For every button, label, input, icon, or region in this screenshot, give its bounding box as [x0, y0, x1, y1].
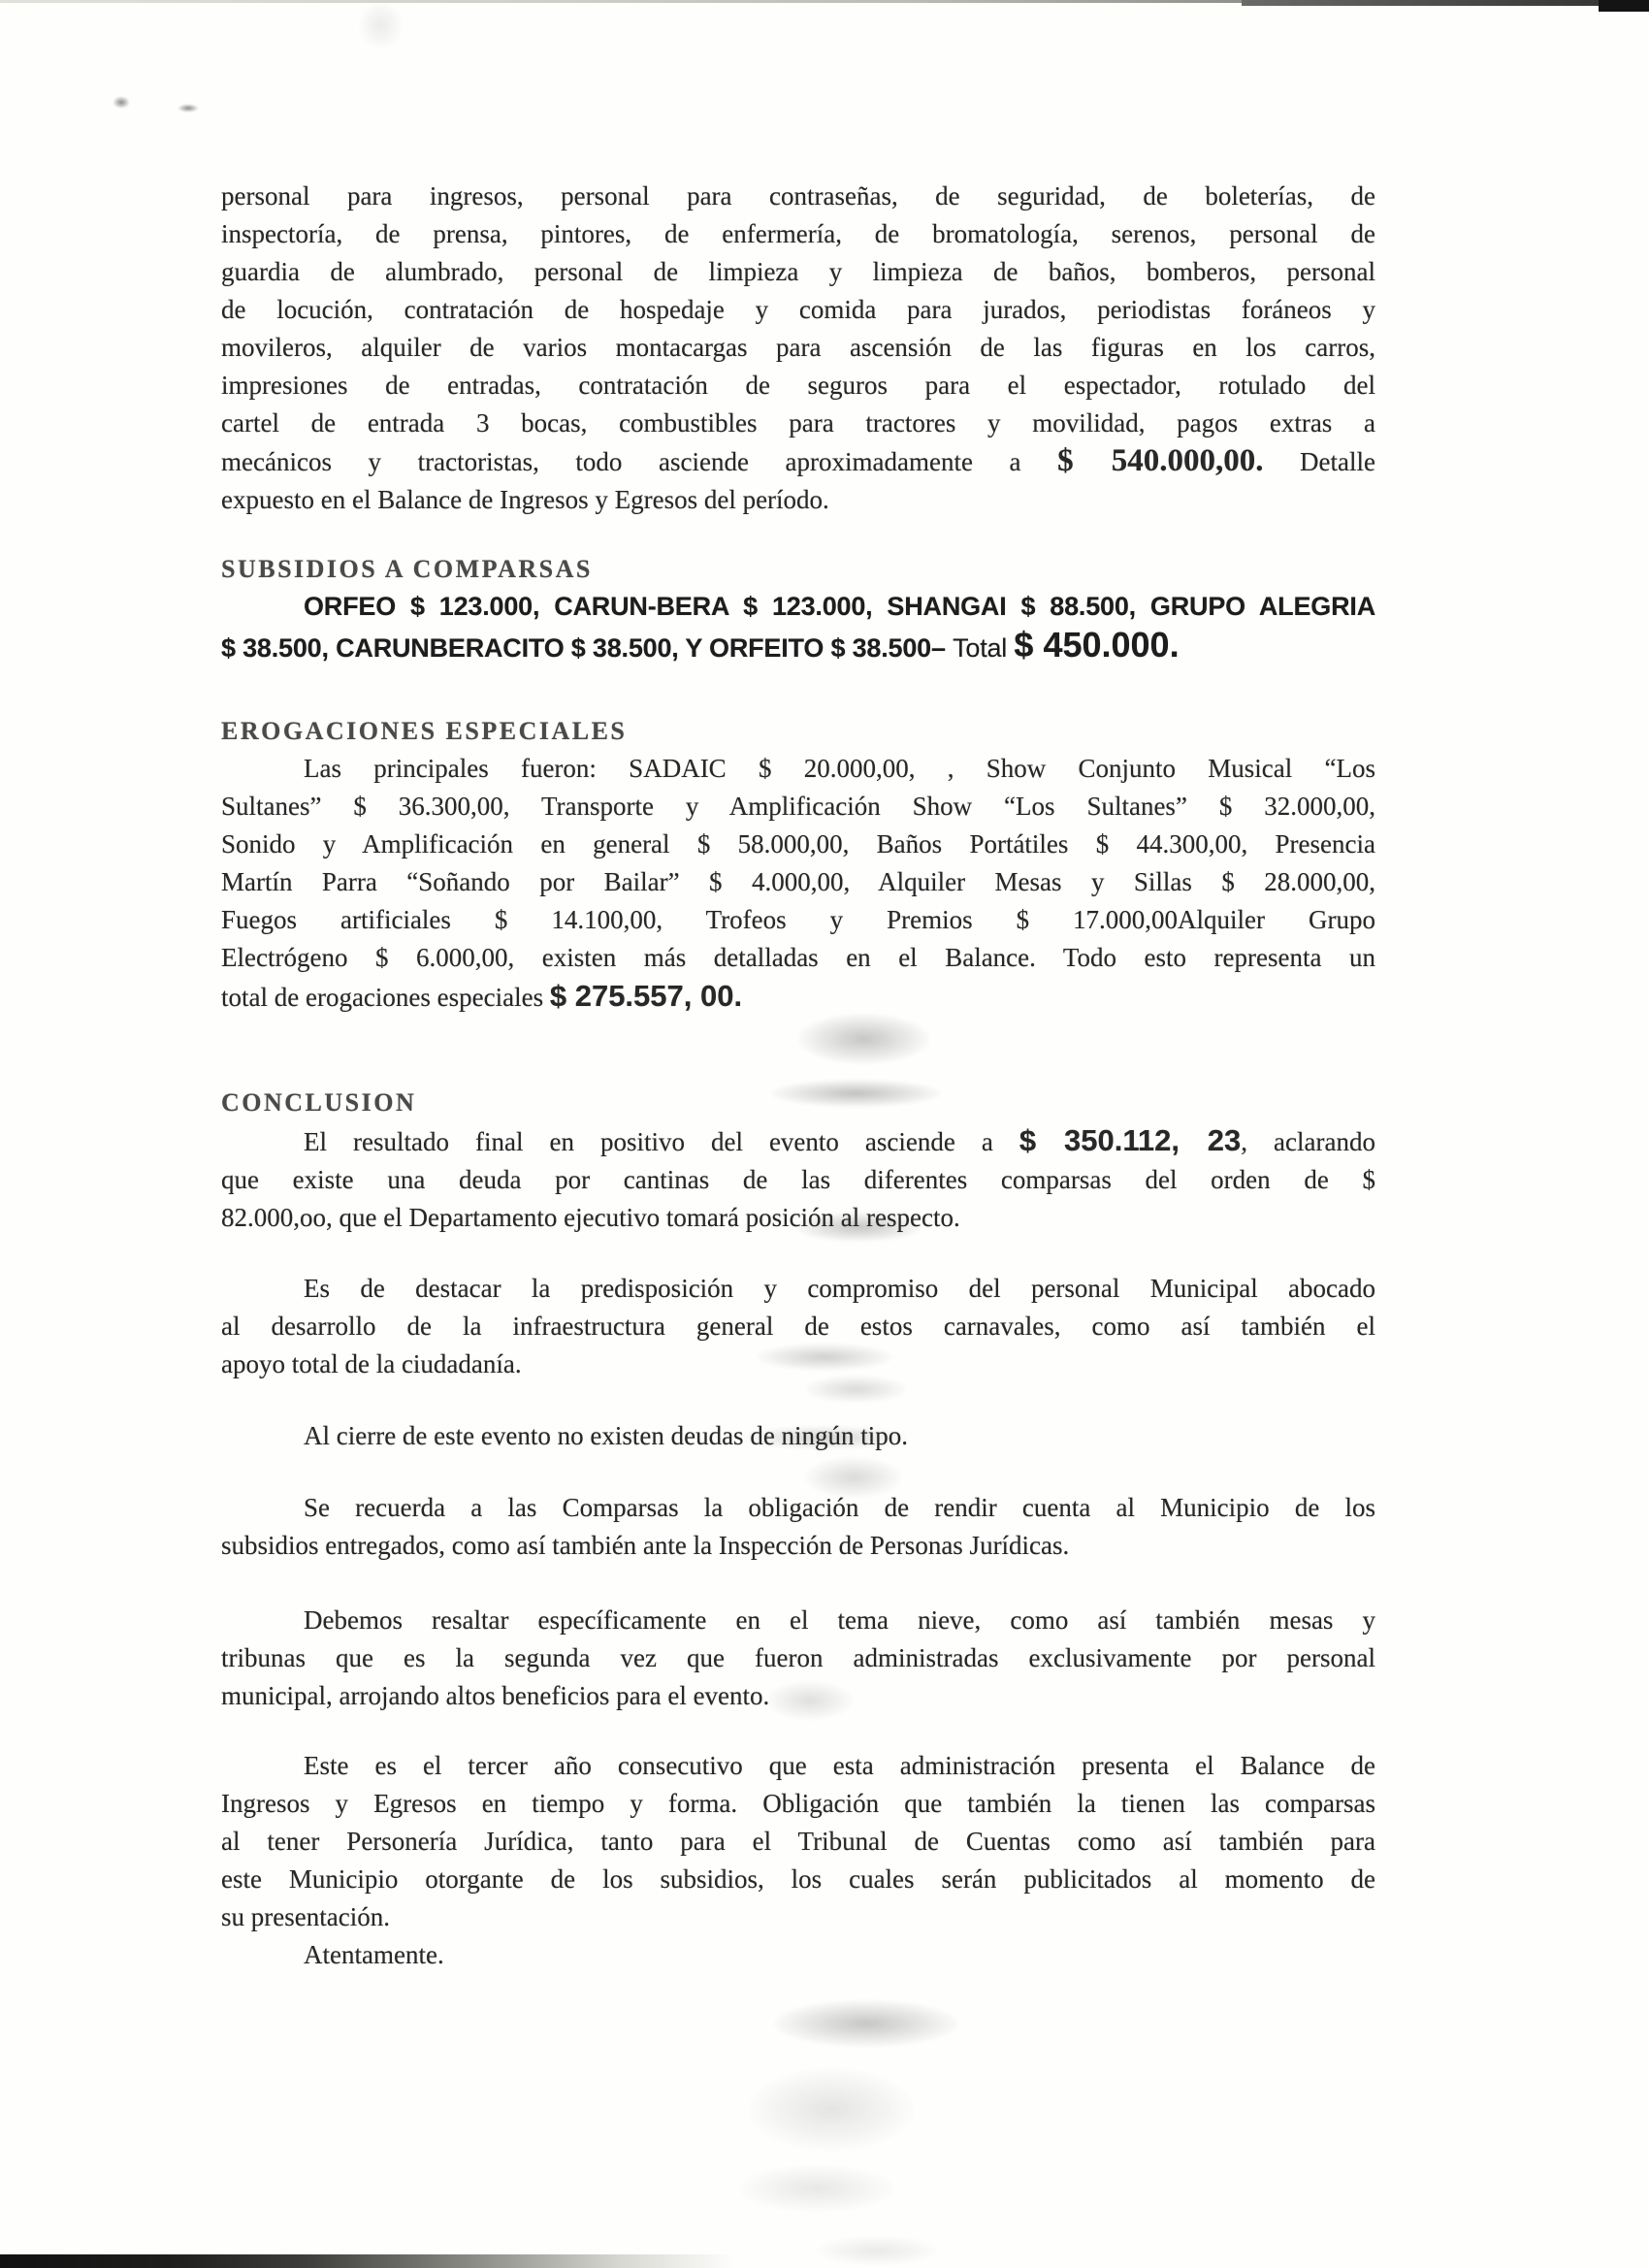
text-segment: Las principales fueron: SADAIC $ 20.000,…: [304, 754, 1375, 783]
text-line: Al cierre de este evento no existen deud…: [221, 1417, 1375, 1455]
text-segment: Ingresos y Egresos en tiempo y forma. Ob…: [221, 1789, 1375, 1818]
scan-smudge: [817, 2236, 938, 2265]
text-line: cartel de entrada 3 bocas, combustibles …: [221, 405, 1375, 442]
text-segment: expuesto en el Balance de Ingresos y Egr…: [221, 485, 829, 514]
scanned-document-page: personal para ingresos, personal para co…: [0, 0, 1649, 2268]
text-line: mecánicos y tractoristas, todo asciende …: [221, 442, 1375, 481]
text-segment: 82.000,oo, que el Departamento ejecutivo…: [221, 1203, 960, 1232]
scan-top-dark-bar: [1242, 0, 1605, 6]
conclusion-paragraph-5: Debemos resaltar específicamente en el t…: [221, 1602, 1375, 1715]
text-line: Este es el tercer año consecutivo que es…: [221, 1747, 1375, 1785]
text-line: Electrógeno $ 6.000,00, existen más deta…: [221, 939, 1375, 977]
text-segment: total de erogaciones especiales: [221, 983, 550, 1012]
text-segment: guardia de alumbrado, personal de limpie…: [221, 257, 1375, 286]
text-segment: personal para ingresos, personal para co…: [221, 181, 1375, 211]
text-line: subsidios entregados, como así también a…: [221, 1527, 1375, 1565]
conclusion-paragraph-3: Al cierre de este evento no existen deud…: [221, 1417, 1375, 1455]
text-segment: $ 350.112, 23: [1019, 1123, 1241, 1157]
text-line: El resultado final en positivo del event…: [221, 1121, 1375, 1161]
intro-paragraph: personal para ingresos, personal para co…: [221, 178, 1375, 519]
text-line: inspectoría, de prensa, pintores, de enf…: [221, 215, 1375, 253]
text-segment: cartel de entrada 3 bocas, combustibles …: [221, 408, 1375, 437]
text-segment: Se recuerda a las Comparsas la obligació…: [304, 1493, 1375, 1522]
scan-smudge: [739, 2165, 894, 2212]
text-line: apoyo total de la ciudadanía.: [221, 1345, 1375, 1383]
text-segment: $ 450.000.: [1014, 625, 1179, 664]
text-segment: de locución, contratación de hospedaje y…: [221, 295, 1375, 324]
text-line: al tener Personería Jurídica, tanto para…: [221, 1823, 1375, 1861]
text-line: 82.000,oo, que el Departamento ejecutivo…: [221, 1199, 1375, 1237]
text-segment: Martín Parra “Soñando por Bailar” $ 4.00…: [221, 867, 1375, 896]
text-line: Se recuerda a las Comparsas la obligació…: [221, 1489, 1375, 1527]
text-segment: $ 38.500, CARUNBERACITO $ 38.500, Y ORFE…: [221, 633, 953, 663]
conclusion-paragraph-6: Este es el tercer año consecutivo que es…: [221, 1747, 1375, 1936]
subsidios-paragraph: ORFEO $ 123.000, CARUN-BERA $ 123.000, S…: [221, 588, 1375, 667]
text-line: Es de destacar la predisposición y compr…: [221, 1270, 1375, 1308]
text-line: Sultanes” $ 36.300,00, Transporte y Ampl…: [221, 788, 1375, 826]
scan-smudge: [749, 2068, 914, 2151]
text-segment: El resultado final en positivo del event…: [304, 1127, 1019, 1156]
scan-top-right-corner-block: [1599, 0, 1649, 12]
text-segment: movileros, alquiler de varios montacarga…: [221, 333, 1375, 362]
text-segment: al tener Personería Jurídica, tanto para…: [221, 1827, 1375, 1856]
conclusion-heading: CONCLUSION: [221, 1084, 1375, 1121]
erogaciones-paragraph: Las principales fueron: SADAIC $ 20.000,…: [221, 750, 1375, 1017]
text-line: al desarrollo de la infraestructura gene…: [221, 1308, 1375, 1345]
text-segment: Sultanes” $ 36.300,00, Transporte y Ampl…: [221, 792, 1375, 821]
text-line: personal para ingresos, personal para co…: [221, 178, 1375, 215]
conclusion-paragraph-4: Se recuerda a las Comparsas la obligació…: [221, 1489, 1375, 1565]
text-segment: inspectoría, de prensa, pintores, de enf…: [221, 219, 1375, 248]
text-segment: Debemos resaltar específicamente en el t…: [304, 1605, 1375, 1635]
text-line: Fuegos artificiales $ 14.100,00, Trofeos…: [221, 901, 1375, 939]
text-line: ORFEO $ 123.000, CARUN-BERA $ 123.000, S…: [221, 588, 1375, 626]
text-segment: municipal, arrojando altos beneficios pa…: [221, 1681, 769, 1710]
text-segment: al desarrollo de la infraestructura gene…: [221, 1312, 1375, 1341]
text-line: de locución, contratación de hospedaje y…: [221, 291, 1375, 329]
text-segment: Es de destacar la predisposición y compr…: [304, 1274, 1375, 1303]
conclusion-paragraph-1: El resultado final en positivo del event…: [221, 1121, 1375, 1237]
text-line: Debemos resaltar específicamente en el t…: [221, 1602, 1375, 1639]
text-segment: Al cierre de este evento no existen deud…: [304, 1421, 908, 1450]
scan-speck: [178, 104, 199, 113]
scan-bottom-edge-strip: [0, 2254, 757, 2268]
text-segment: mecánicos y tractoristas, todo asciende …: [221, 447, 1057, 476]
text-segment: impresiones de entradas, contratación de…: [221, 371, 1375, 400]
text-line: Martín Parra “Soñando por Bailar” $ 4.00…: [221, 863, 1375, 901]
text-line: movileros, alquiler de varios montacarga…: [221, 329, 1375, 367]
text-segment: este Municipio otorgante de los subsidio…: [221, 1864, 1375, 1894]
text-segment: subsidios entregados, como así también a…: [221, 1531, 1069, 1560]
text-line: $ 38.500, CARUNBERACITO $ 38.500, Y ORFE…: [221, 626, 1375, 667]
text-line: Las principales fueron: SADAIC $ 20.000,…: [221, 750, 1375, 788]
text-segment: Este es el tercer año consecutivo que es…: [304, 1751, 1375, 1780]
document-text-block: personal para ingresos, personal para co…: [221, 178, 1375, 1974]
text-line: guardia de alumbrado, personal de limpie…: [221, 253, 1375, 291]
text-line: impresiones de entradas, contratación de…: [221, 367, 1375, 405]
conclusion-paragraph-2: Es de destacar la predisposición y compr…: [221, 1270, 1375, 1383]
scan-speck: [113, 96, 130, 109]
text-segment: apoyo total de la ciudadanía.: [221, 1349, 522, 1378]
text-segment: Total: [953, 633, 1014, 663]
text-line: su presentación.: [221, 1898, 1375, 1936]
text-line: Sonido y Amplificación en general $ 58.0…: [221, 826, 1375, 863]
text-line: Ingresos y Egresos en tiempo y forma. Ob…: [221, 1785, 1375, 1823]
text-line: este Municipio otorgante de los subsidio…: [221, 1861, 1375, 1898]
text-line: expuesto en el Balance de Ingresos y Egr…: [221, 481, 1375, 519]
scan-smudge: [774, 2000, 958, 2047]
text-segment: ORFEO $ 123.000, CARUN-BERA $ 123.000, S…: [304, 592, 1375, 621]
text-segment: , aclarando: [1241, 1127, 1375, 1156]
text-line: que existe una deuda por cantinas de las…: [221, 1161, 1375, 1199]
erogaciones-heading: EROGACIONES ESPECIALES: [221, 712, 1375, 750]
text-segment: $ 540.000,00.: [1057, 443, 1263, 478]
text-segment: Atentamente.: [304, 1940, 444, 1969]
text-line: municipal, arrojando altos beneficios pa…: [221, 1677, 1375, 1715]
text-line: total de erogaciones especiales $ 275.55…: [221, 977, 1375, 1017]
text-line: Atentamente.: [221, 1936, 1375, 1974]
subsidios-heading: SUBSIDIOS A COMPARSAS: [221, 550, 1375, 588]
scan-smudge: [359, 2, 403, 49]
text-line: tribunas que es la segunda vez que fuero…: [221, 1639, 1375, 1677]
text-segment: Sonido y Amplificación en general $ 58.0…: [221, 829, 1375, 859]
text-segment: $ 275.557, 00.: [550, 979, 742, 1013]
closing-line: Atentamente.: [221, 1936, 1375, 1974]
text-segment: tribunas que es la segunda vez que fuero…: [221, 1643, 1375, 1672]
text-segment: Detalle: [1263, 447, 1375, 476]
text-segment: Fuegos artificiales $ 14.100,00, Trofeos…: [221, 905, 1375, 934]
text-segment: que existe una deuda por cantinas de las…: [221, 1165, 1375, 1194]
text-segment: su presentación.: [221, 1902, 390, 1931]
text-segment: Electrógeno $ 6.000,00, existen más deta…: [221, 943, 1375, 972]
